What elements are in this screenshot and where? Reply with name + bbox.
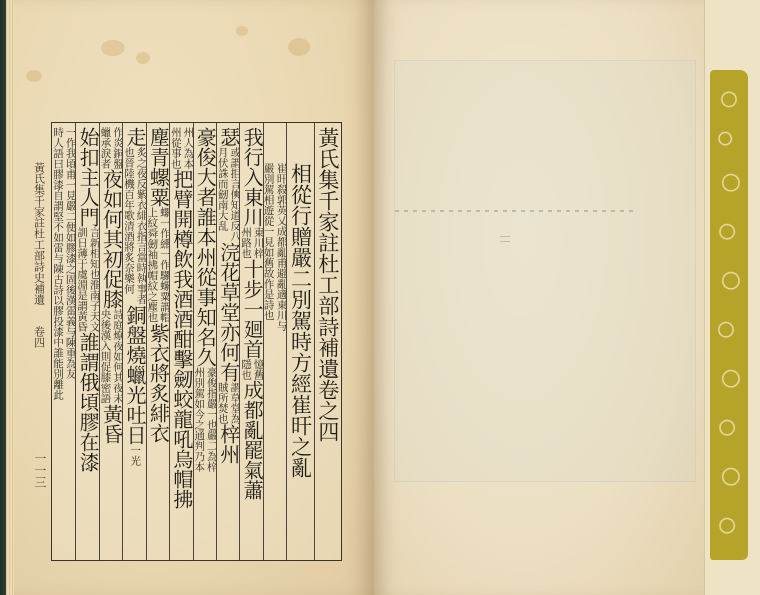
verse-text: 我行入東川 — [240, 127, 263, 227]
note-line: 州人為本 — [182, 127, 193, 169]
column-preface-note: 崔旰殺郭英乂成都亂甫避亂適東川与 嚴別駕相遊從一見如舊故作是詩也 — [263, 123, 286, 560]
commentary: 東川梓 州路也 — [240, 227, 263, 259]
verse-text: 黃昏 — [100, 404, 123, 444]
note-line: 豪俊指嚴一也嚴二為梓 — [205, 367, 216, 472]
verse-text: 始扣主人門 — [76, 127, 99, 227]
book-spread: 黃氏集千家註杜工部詩史補遺 卷四 一一三 黃氏集千家註杜工部詩補遺卷之四 相從行… — [0, 0, 760, 595]
column-poem-title: 相從行贈嚴二別駕時方經崔旰之亂 — [286, 123, 313, 560]
column-verse: 塵青螺粟 螺一作纁一作騾螺粟謂帽 上紋舜劒袖拂帽紋之塵也 紫衣將炙緋衣 — [146, 123, 169, 560]
column-verse: 始扣主人門 言新相知也淮南子天文 訓日薄于虞淵是謂黃昏 誰謂俄頃膠在漆 — [75, 123, 98, 560]
commentary: 憶舊 隱也 — [240, 359, 263, 380]
note-line: 州路也 — [240, 227, 252, 259]
note-line: 月伏誅而劒南大乱 — [216, 147, 228, 242]
bleed-through-mark — [500, 236, 510, 242]
verse-text: 誰謂俄頃膠在漆 — [76, 332, 99, 472]
note-line: 螺一作纁一作騾螺粟謂帽 — [158, 207, 169, 323]
commentary: 或謂拒言傸知道反八 月伏誅而劒南大乱 — [216, 147, 239, 242]
margin-volume: 卷四 — [32, 326, 45, 348]
note-line: 賊所焚也 — [216, 382, 228, 424]
commentary: 州人為本 州從事也 — [169, 127, 192, 169]
verse-text: 紫衣將炙緋衣 — [146, 323, 169, 443]
note-line: 作炎銅盤 — [112, 127, 123, 169]
note-line: 州別駕如今之通判乃本 — [193, 367, 205, 472]
note-line: 隱也 — [240, 359, 252, 380]
commentary: 作炎銅盤 蠟承淚者 — [99, 127, 122, 169]
preface-note: 崔旰殺郭英乂成都亂甫避亂適東川与 嚴別駕相遊從一見如舊故作是詩也 — [263, 163, 286, 331]
verse-text: 瑟 — [217, 127, 240, 147]
verse-text: 夜如何其初促膝 — [100, 169, 123, 309]
verse-text: 成都亂罷氣蕭 — [240, 380, 263, 500]
poem-title: 相從行贈嚴二別駕時方經崔旰之亂 — [288, 163, 312, 478]
note-line: 蠟承淚者 — [99, 127, 111, 169]
note-line: 憶舊 — [252, 359, 263, 380]
commentary: 螺一作纁一作騾螺粟謂帽 上紋舜劒袖拂帽紋之塵也 — [146, 207, 169, 323]
note-line: 一作我頃甫一見嚴二便如膠漆之固後漢雷義与陳重為友 — [64, 127, 75, 400]
page-stack-edge — [6, 0, 14, 595]
foxing-stain — [288, 38, 310, 56]
note-line: 謂草堂為 — [229, 382, 240, 424]
foxing-stain — [136, 52, 150, 64]
verse-text: 走 — [123, 127, 146, 147]
column-verse: 走 炙之夜反紫衣緋衣指言當時執事者 也晉陸機百年歌清酒將炙奈樂何 銅盤燒蠟光吐日… — [122, 123, 145, 560]
note-line: 或謂拒言傸知道反八 — [229, 147, 240, 242]
column-verse: 瑟 或謂拒言傸知道反八 月伏誅而劒南大乱 浣花草堂亦何有 謂草堂為 賊所焚也 梓… — [216, 123, 239, 560]
volume-title: 黃氏集千家註杜工部詩補遺卷之四 — [316, 127, 340, 442]
commentary: 炙之夜反紫衣緋衣指言當時執事者 也晉陸機百年歌清酒將炙奈樂何 — [122, 147, 145, 305]
verse-text: 梓州 — [217, 424, 240, 464]
note-line: 東川梓 — [252, 227, 263, 259]
note-line: 訓日薄于虞淵是謂黃昏 — [76, 227, 88, 332]
verse-text: 把臂開樽飲我酒酒酣擊劒蛟龍吼烏帽拂 — [170, 169, 193, 509]
note-line: 崔旰殺郭英乂成都亂甫避亂適東川与 — [276, 163, 287, 331]
commentary: 一作我頃甫一見嚴二便如膠漆之固後漢雷義与陳重為友 時人語曰膠漆自謂堅不如雷与陳古… — [52, 127, 75, 400]
foxing-stain — [101, 40, 125, 56]
column-verse: 我行入東川 東川梓 州路也 十步一廻首 憶舊 隱也 成都亂罷氣蕭 — [239, 123, 262, 560]
verse-text: 塵青螺粟 — [146, 127, 169, 207]
foxing-stain — [26, 70, 42, 82]
commentary: 一光 — [129, 445, 141, 466]
note-line: 言新相知也淮南子天文 — [88, 227, 99, 332]
note-line: 央後漢入則促膝密語 — [99, 309, 111, 404]
commentary: 謂草堂為 賊所焚也 — [216, 382, 239, 424]
note-line: 炙之夜反紫衣緋衣指言當時執事者 — [135, 147, 146, 305]
note-line: 一光 — [129, 445, 141, 466]
printed-text-block: 黃氏集千家註杜工部詩補遺卷之四 相從行贈嚴二別駕時方經崔旰之亂 崔旰殺郭英乂成都… — [51, 122, 342, 561]
note-line: 州從事也 — [169, 127, 181, 169]
commentary: 豪俊指嚴一也嚴二為梓 州別駕如今之通判乃本 — [193, 367, 216, 472]
bleed-through-line — [395, 210, 635, 212]
verse-text: 豪俊大者誰本州從事知名久 — [193, 127, 216, 367]
column-verse: 作炎銅盤 蠟承淚者 夜如何其初促膝 詩庭燎夜如何其夜未 央後漢入則促膝密語 黃昏 — [99, 123, 122, 560]
foxing-stain — [236, 26, 248, 36]
commentary: 言新相知也淮南子天文 訓日薄于虞淵是謂黃昏 — [76, 227, 99, 332]
column-verse: 州人為本 州從事也 把臂開樽飲我酒酒酣擊劒蛟龍吼烏帽拂 — [169, 123, 192, 560]
margin-book-title: 黃氏集千家註杜工部詩史補遺 — [32, 162, 45, 305]
cloud-pattern-band — [710, 70, 748, 560]
verse-text: 浣花草堂亦何有 — [217, 242, 240, 382]
column-title: 黃氏集千家註杜工部詩補遺卷之四 — [314, 123, 341, 560]
verse-text: 銅盤燒蠟光吐日 — [123, 305, 146, 445]
note-line: 也晉陸機百年歌清酒將炙奈樂何 — [122, 147, 134, 305]
page-number: 一一三 — [33, 452, 47, 488]
note-line: 詩庭燎夜如何其夜未 — [112, 309, 123, 404]
column-final-note: 一作我頃甫一見嚴二便如膠漆之固後漢雷義与陳重為友 時人語曰膠漆自謂堅不如雷与陳古… — [52, 123, 75, 560]
verse-text: 十步一廻首 — [240, 259, 263, 359]
commentary: 詩庭燎夜如何其夜未 央後漢入則促膝密語 — [99, 309, 122, 404]
bleed-through-frame — [394, 60, 696, 482]
column-verse: 豪俊大者誰本州從事知名久 豪俊指嚴一也嚴二為梓 州別駕如今之通判乃本 — [193, 123, 216, 560]
note-line: 嚴別駕相遊從一見如舊故作是詩也 — [263, 163, 275, 331]
note-line: 上紋舜劒袖拂帽紋之塵也 — [146, 207, 158, 323]
note-line: 時人語曰膠漆自謂堅不如雷与陳古詩以膠投漆中誰能別離此 — [52, 127, 63, 400]
